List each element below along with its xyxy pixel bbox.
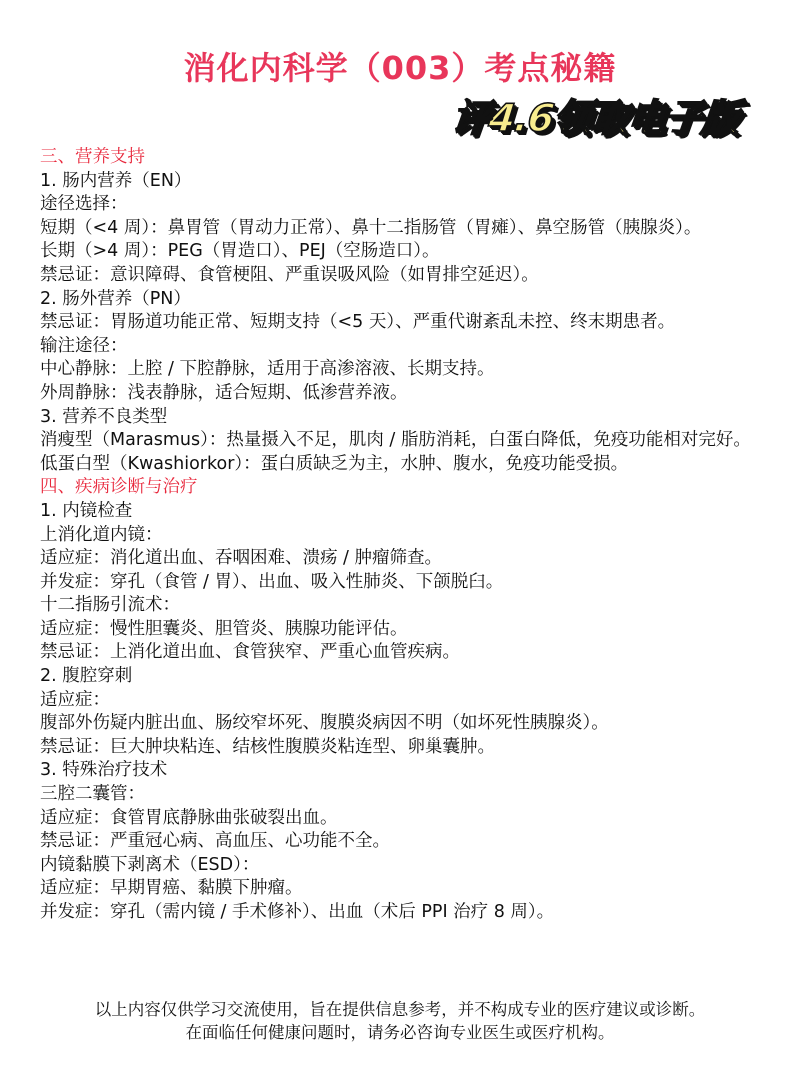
note-line: 短期（<4 周）：鼻胃管（胃动力正常）、鼻十二指肠管（胃瘫）、鼻空肠管（胰腺炎）… xyxy=(40,217,770,241)
note-line: 并发症：穿孔（需内镜 / 手术修补）、出血（术后 PPI 治疗 8 周）。 xyxy=(40,901,770,925)
note-line: 禁忌证：胃肠道功能正常、短期支持（<5 天）、严重代谢紊乱未控、终末期患者。 xyxy=(40,311,770,335)
note-line: 输注途径： xyxy=(40,335,770,359)
subheading: 1. 内镜检查 xyxy=(40,500,770,524)
note-line: 禁忌证：巨大肿块粘连、结核性腹膜炎粘连型、卵巢囊肿。 xyxy=(40,736,770,760)
note-line: 禁忌证：严重冠心病、高血压、心功能不全。 xyxy=(40,830,770,854)
disclaimer-line: 在面临任何健康问题时，请务必咨询专业医生或医疗机构。 xyxy=(0,1021,800,1044)
note-line: 内镜黏膜下剥离术（ESD）： xyxy=(40,854,770,878)
subheading: 1. 肠内营养（EN） xyxy=(40,170,770,194)
disclaimer: 以上内容仅供学习交流使用，旨在提供信息参考，并不构成专业的医疗建议或诊断。 在面… xyxy=(0,998,800,1044)
note-line: 上消化道内镜： xyxy=(40,524,770,548)
note-line: 长期（>4 周）：PEG（胃造口）、PEJ（空肠造口）。 xyxy=(40,240,770,264)
note-line: 中心静脉：上腔 / 下腔静脉，适用于高渗溶液、长期支持。 xyxy=(40,358,770,382)
note-line: 途径选择： xyxy=(40,193,770,217)
notes-content: 三、营养支持 1. 肠内营养（EN） 途径选择： 短期（<4 周）：鼻胃管（胃动… xyxy=(40,146,770,925)
note-line: 适应症：早期胃癌、黏膜下肿瘤。 xyxy=(40,877,770,901)
promo-badge: 评4.6领取电子版 xyxy=(449,92,741,144)
note-line: 禁忌证：上消化道出血、食管狭窄、严重心血管疾病。 xyxy=(40,641,770,665)
note-line: 消瘦型（Marasmus）：热量摄入不足，肌肉 / 脂肪消耗，白蛋白降低，免疫功… xyxy=(40,429,770,453)
note-line: 三腔二囊管： xyxy=(40,783,770,807)
section-heading: 三、营养支持 xyxy=(40,146,770,170)
note-line: 适应症：消化道出血、吞咽困难、溃疡 / 肿瘤筛查。 xyxy=(40,547,770,571)
study-notes-page: 消化内科学（003）考点秘籍 评4.6领取电子版 三、营养支持 1. 肠内营养（… xyxy=(0,0,800,1069)
note-line: 并发症：穿孔（食管 / 胃）、出血、吸入性肺炎、下颌脱臼。 xyxy=(40,571,770,595)
note-line: 禁忌证：意识障碍、食管梗阻、严重误吸风险（如胃排空延迟）。 xyxy=(40,264,770,288)
subheading: 3. 特殊治疗技术 xyxy=(40,759,770,783)
note-line: 十二指肠引流术： xyxy=(40,594,770,618)
note-line: 适应症：慢性胆囊炎、胆管炎、胰腺功能评估。 xyxy=(40,618,770,642)
page-title: 消化内科学（003）考点秘籍 xyxy=(0,46,800,90)
note-line: 适应症： xyxy=(40,689,770,713)
note-line: 外周静脉：浅表静脉，适合短期、低渗营养液。 xyxy=(40,382,770,406)
section-heading: 四、疾病诊断与治疗 xyxy=(40,476,770,500)
disclaimer-line: 以上内容仅供学习交流使用，旨在提供信息参考，并不构成专业的医疗建议或诊断。 xyxy=(0,998,800,1021)
note-line: 腹部外伤疑内脏出血、肠绞窄坏死、腹膜炎病因不明（如坏死性胰腺炎）。 xyxy=(40,712,770,736)
subheading: 2. 腹腔穿刺 xyxy=(40,665,770,689)
subheading: 3. 营养不良类型 xyxy=(40,406,770,430)
note-line: 低蛋白型（Kwashiorkor）：蛋白质缺乏为主，水肿、腹水，免疫功能受损。 xyxy=(40,453,770,477)
note-line: 适应症：食管胃底静脉曲张破裂出血。 xyxy=(40,807,770,831)
subheading: 2. 肠外营养（PN） xyxy=(40,288,770,312)
